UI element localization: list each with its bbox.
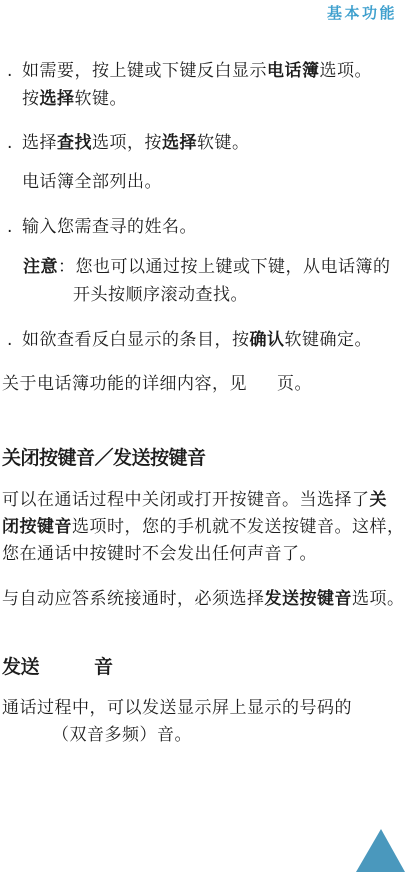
keytone-p1-line1: 可以在通话过程中关闭或打开按键音。当选择了关 [2,487,405,514]
keytone-p2-post: 选项。 [352,589,405,609]
step1-line2: 按选择软键。 [22,85,372,113]
dtmf-p1-line1: 通话过程中，可以发送显示屏上显示的号码的 [2,695,352,722]
keytone-p2-bold-sendkeytone: 发送按键音 [265,589,353,609]
autoanswer-paragraph: 与自动应答系统接通时，必须选择发送按键音选项。 [2,585,405,613]
phonebook-ref-pre: 关于电话簿功能的详细内容，见 [2,374,247,394]
list-item-step1: . 如需要，按上键或下键反白显示电话簿选项。 按选择软键。 [7,57,372,113]
step2-result-text: 电话簿全部列出。 [22,168,162,196]
page-corner-triangle-icon [356,829,405,872]
step1-l1-post: 选项。 [320,61,373,81]
step4-post: 软键确定。 [285,330,373,350]
list-item-step4: . 如欲查看反白显示的条目，按确认软键确定。 [7,326,372,354]
keytone-p1-line2: 闭按键音选项时，您的手机就不发送按键音。这样， [2,514,405,541]
keytone-p1-l1-bold: 关 [370,490,388,510]
list-item-step2: . 选择查找选项，按选择软键。 [7,129,250,157]
note-block: 注意：您也可以通过按上键或下键，从电话簿的 开头按顺序滚动查找。 [23,253,391,309]
note-label: 注意 [23,257,58,277]
step4-bold-confirm: 确认 [250,330,285,350]
keytone-p2-pre: 与自动应答系统接通时，必须选择 [2,589,265,609]
step2-post: 软键。 [197,133,250,153]
step1-l2-pre: 按 [22,89,40,109]
note-line2: 开头按顺序滚动查找。 [23,281,391,309]
keytone-p1-l2-post: 选项时，您的手机就不发送按键音。这样， [72,517,405,537]
phonebook-reference-text: 关于电话簿功能的详细内容，见页。 [2,370,312,398]
note-line1-text: 您也可以通过按上键或下键，从电话簿的 [76,257,391,277]
step2-bold-find: 查找 [57,133,92,153]
page-header-label: 基本功能 [327,2,397,23]
dtmf-heading-post: 音 [94,656,113,678]
list-item-step3: . 输入您需查寻的姓名。 [7,213,197,241]
keytone-paragraph: 可以在通话过程中关闭或打开按键音。当选择了关 闭按键音选项时，您的手机就不发送按… [2,487,405,568]
step1-l2-post: 软键。 [75,89,128,109]
list-marker: . [7,213,22,241]
dtmf-p1-line2: （双音多频）音。 [2,722,352,749]
dtmf-paragraph: 通话过程中，可以发送显示屏上显示的号码的 （双音多频）音。 [2,695,352,749]
list-marker: . [7,326,22,354]
step2-mid: 选项，按 [92,133,162,153]
keytone-p1-line3: 您在通话中按键时不会发出任何声音了。 [2,541,405,568]
step1-text: 如需要，按上键或下键反白显示电话簿选项。 按选择软键。 [22,57,372,113]
step1-l1-pre: 如需要，按上键或下键反白显示 [22,61,267,81]
note-line1: 注意：您也可以通过按上键或下键，从电话簿的 [23,253,391,281]
phonebook-ref-post: 页。 [277,374,312,394]
step2-bold-select: 选择 [162,133,197,153]
step2-pre: 选择 [22,133,57,153]
keytone-p1-l1-pre: 可以在通话过程中关闭或打开按键音。当选择了 [2,490,370,510]
list-marker: . [7,129,22,157]
section-heading-dtmf: 发送音 [2,655,113,679]
step3-text: 输入您需查寻的姓名。 [22,213,197,241]
dtmf-heading-pre: 发送 [2,656,39,678]
step4-pre: 如欲查看反白显示的条目，按 [22,330,250,350]
step1-l1-bold-phonebook: 电话簿 [267,61,320,81]
step4-text: 如欲查看反白显示的条目，按确认软键确定。 [22,326,372,354]
note-colon: ： [58,257,76,277]
step2-text: 选择查找选项，按选择软键。 [22,129,250,157]
section-heading-keytone: 关闭按键音／发送按键音 [2,446,206,470]
step1-l2-bold-select: 选择 [40,89,75,109]
step1-line1: 如需要，按上键或下键反白显示电话簿选项。 [22,57,372,85]
keytone-p1-l2-bold: 闭按键音 [2,517,72,537]
list-marker: . [7,57,22,85]
